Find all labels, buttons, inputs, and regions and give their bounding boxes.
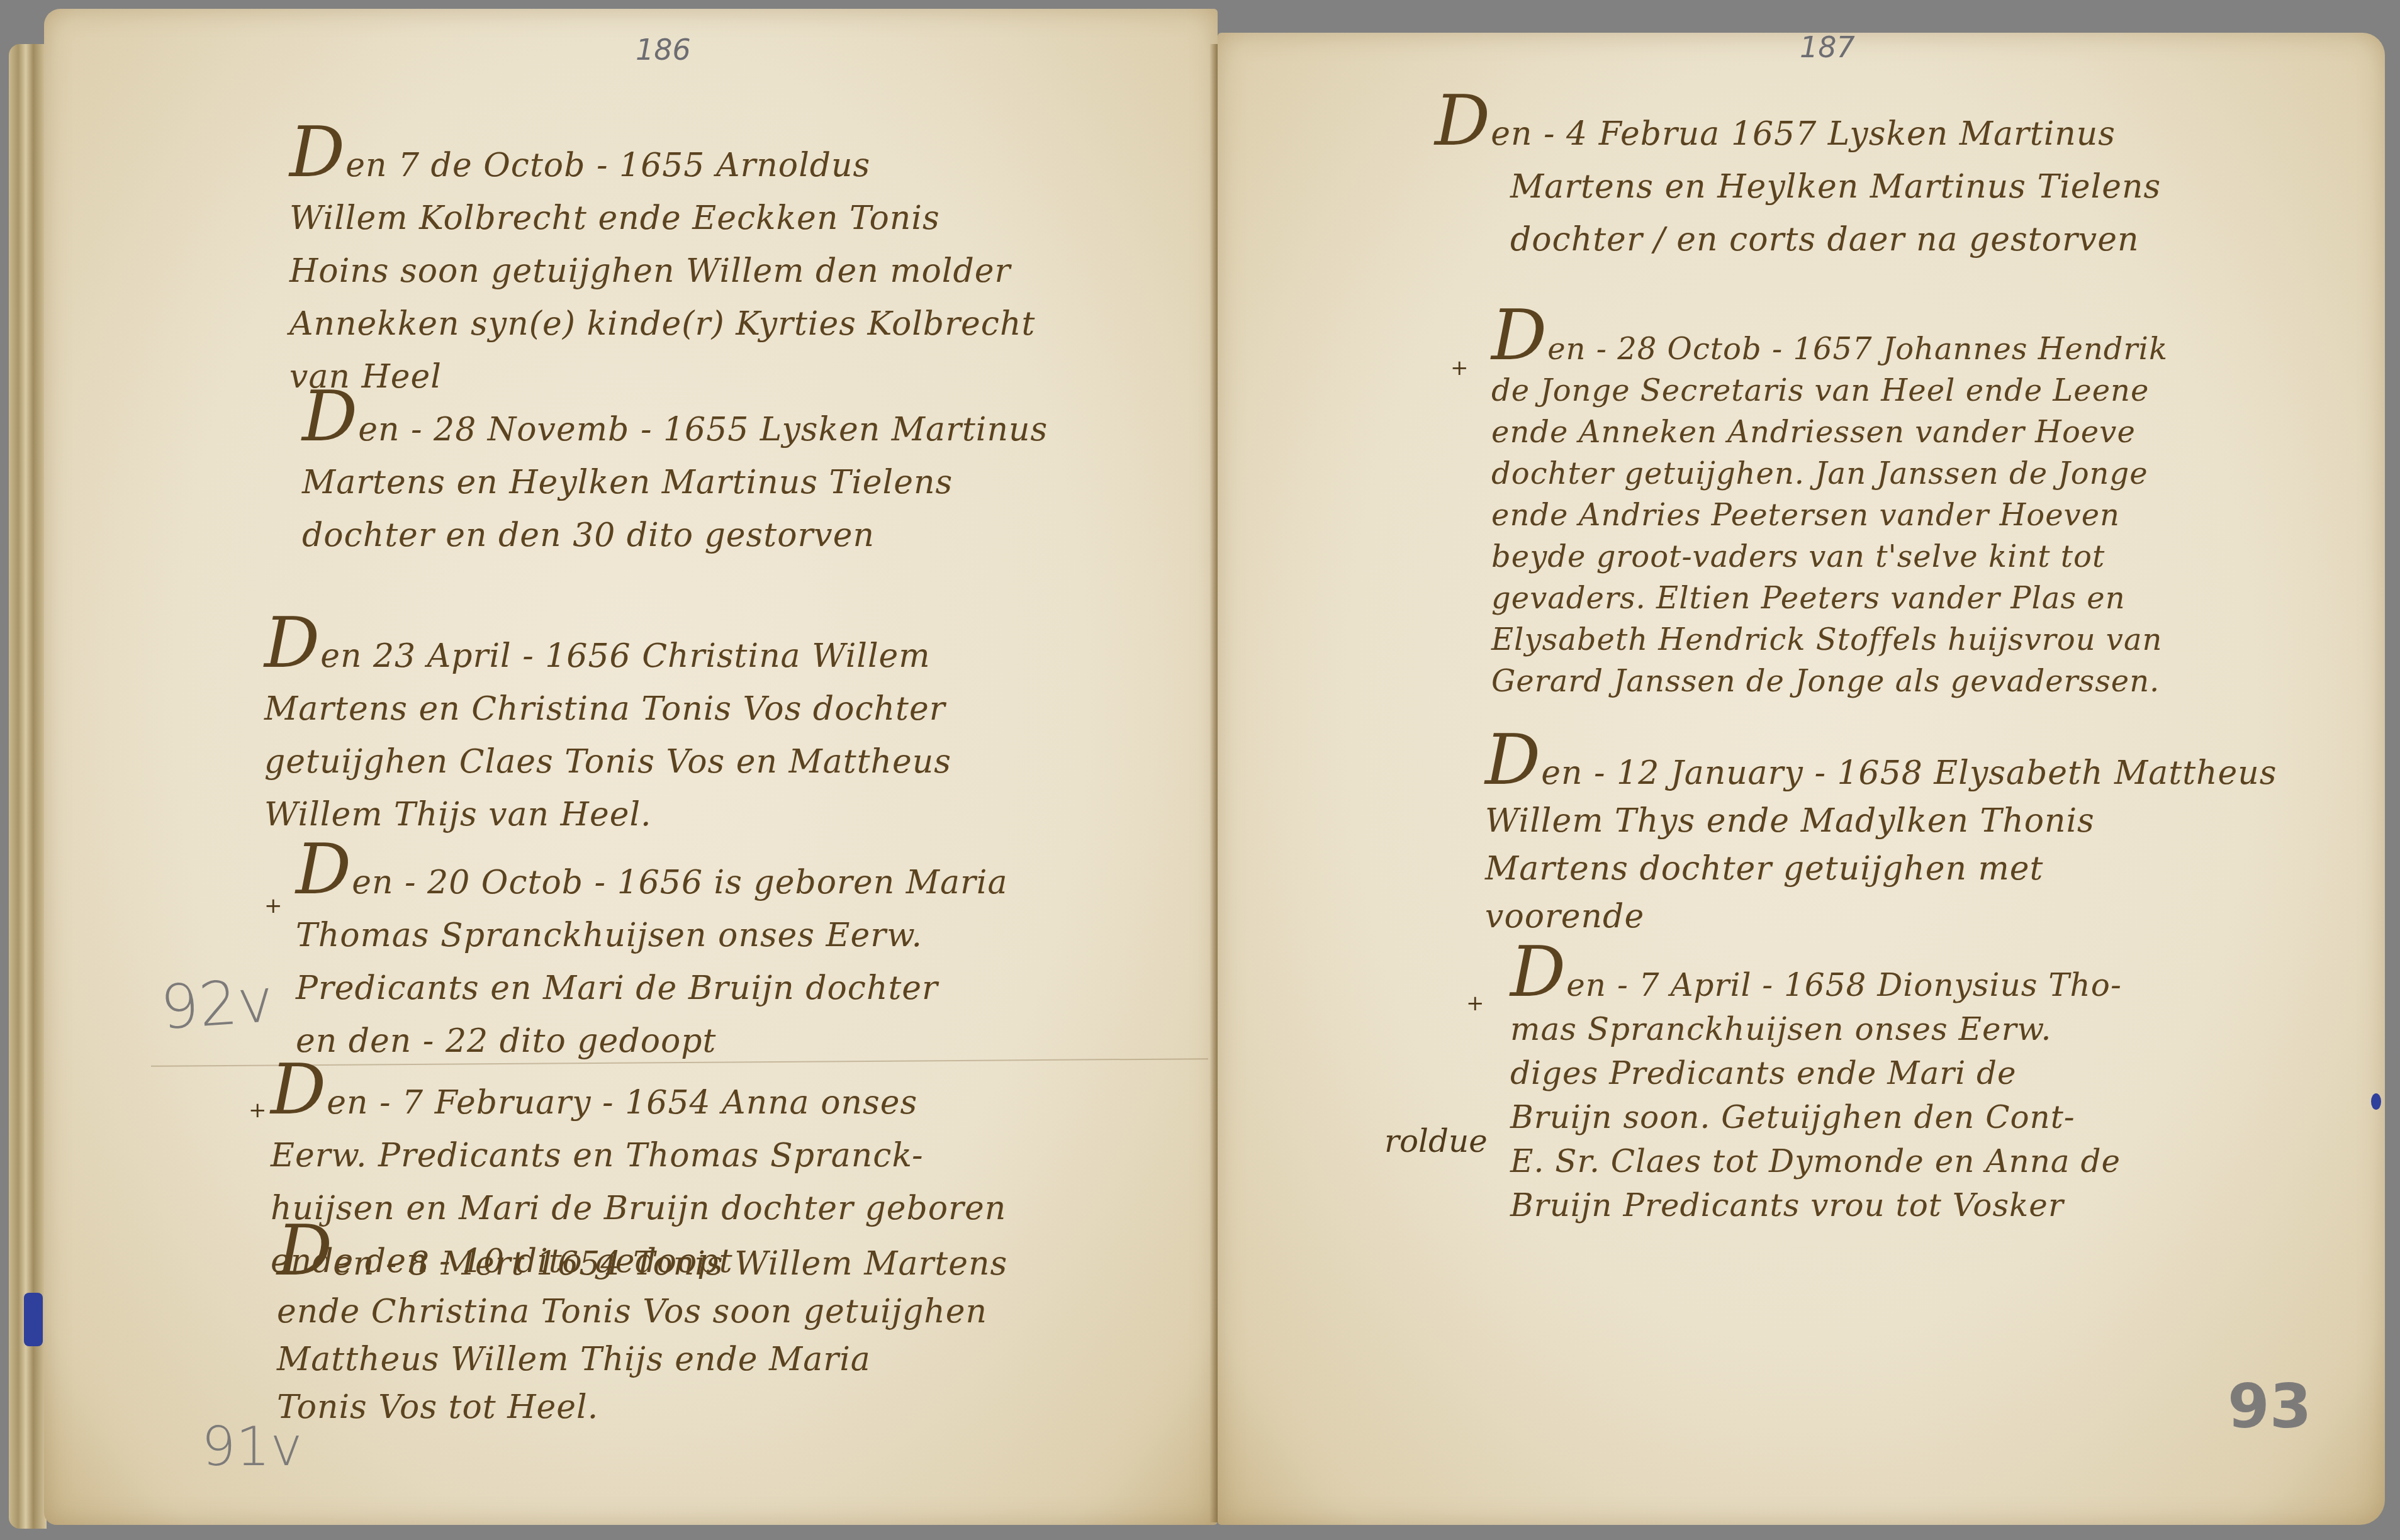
left-entry-2: Den - 28 Novemb - 1655 Lysken Martinus M… <box>302 390 1048 562</box>
entry-line: voorende <box>1485 893 2277 940</box>
margin-cross-mark: + <box>1450 355 1469 381</box>
left-entry-1: Den 7 de Octob - 1655 Arnoldus Willem Ko… <box>289 126 1035 403</box>
entry-line: Martens dochter getuijghen met <box>1485 845 2277 893</box>
entry-line: gevaders. Eltien Peeters vander Plas en <box>1491 577 2168 619</box>
entry-line: dochter / en corts daer na gestorven <box>1435 213 2161 266</box>
entry-line: Den 7 de Octob - 1655 Arnoldus <box>289 126 1035 192</box>
entry-line: Den - 20 Octob - 1656 is geboren Maria <box>296 843 1007 909</box>
left-page-number: 186 <box>636 33 691 67</box>
entry-line: diges Predicants ende Mari de <box>1510 1051 2122 1095</box>
entry-line: Den 23 April - 1656 Christina Willem <box>264 617 951 683</box>
right-entry-3: Den - 12 January - 1658 Elysabeth Matthe… <box>1485 736 2277 940</box>
entry-line: Predicants en Mari de Bruijn dochter <box>296 962 1007 1015</box>
entry-line: Bruijn Predicants vrou tot Vosker <box>1510 1183 2122 1227</box>
margin-cross-mark: + <box>249 1098 267 1123</box>
entry-line: Den - 4 Februa 1657 Lysken Martinus <box>1435 94 2161 160</box>
margin-cross-mark: + <box>264 893 283 918</box>
entry-line: Martens en Heylken Martinus Tielens <box>1435 160 2161 213</box>
entry-line: ende Anneken Andriessen vander Hoeve <box>1491 411 2168 453</box>
right-entry-2: Den - 28 Octob - 1657 Johannes Hendrik d… <box>1491 315 2168 702</box>
blue-marker-dot <box>2371 1093 2381 1110</box>
entry-line: getuijghen Claes Tonis Vos en Mattheus <box>264 735 951 788</box>
entry-line: Den - 12 January - 1658 Elysabeth Matthe… <box>1485 736 2277 797</box>
entry-line: Willem Thijs van Heel. <box>264 788 951 841</box>
left-entry-3: Den 23 April - 1656 Christina Willem Mar… <box>264 617 951 841</box>
entry-line: Eerw. Predicants en Thomas Spranck- <box>271 1129 1006 1182</box>
right-entry-4: Den - 7 April - 1658 Dionysius Tho- mas … <box>1510 950 2122 1227</box>
left-entry-4: Den - 20 Octob - 1656 is geboren Maria T… <box>296 843 1007 1068</box>
entry-line: E. Sr. Claes tot Dymonde en Anna de <box>1510 1139 2122 1183</box>
entry-line: Den - 7 April - 1658 Dionysius Tho- <box>1510 950 2122 1007</box>
right-page-number: 187 <box>1800 30 1855 64</box>
folio-mark-92v: 92v <box>158 965 275 1043</box>
folio-mark-93: 93 <box>2228 1371 2312 1442</box>
entry-line: Bruijn soon. Getuijghen den Cont- <box>1510 1095 2122 1139</box>
entry-line: Elysabeth Hendrick Stoffels huijsvrou va… <box>1491 619 2168 661</box>
margin-note: roldue <box>1384 1123 1488 1159</box>
entry-line: Tonis Vos tot Heel. <box>277 1383 1007 1431</box>
entry-line: de Jonge Secretaris van Heel ende Leene <box>1491 370 2168 411</box>
entry-line: ende Andries Peetersen vander Hoeven <box>1491 494 2168 536</box>
entry-line: Martens en Heylken Martinus Tielens <box>302 456 1048 509</box>
entry-line: ende Christina Tonis Vos soon getuijghen <box>277 1288 1007 1336</box>
entry-line: dochter getuijghen. Jan Janssen de Jonge <box>1491 453 2168 494</box>
entry-line: Gerard Janssen de Jonge als gevaderssen. <box>1491 661 2168 702</box>
entry-line: Willem Thys ende Madylken Thonis <box>1485 797 2277 845</box>
entry-line: Willem Kolbrecht ende Eeckken Tonis <box>289 192 1035 245</box>
manuscript-spread: 186 Den 7 de Octob - 1655 Arnoldus Wille… <box>0 0 2400 1540</box>
entry-line: Den - 28 Novemb - 1655 Lysken Martinus <box>302 390 1048 456</box>
entry-line: beyde groot-vaders van t'selve kint tot <box>1491 536 2168 577</box>
entry-line: Den - 28 Octob - 1657 Johannes Hendrik <box>1491 315 2168 370</box>
entry-line: en den - 22 dito gedoopt <box>296 1015 1007 1068</box>
entry-line: Annekken syn(e) kinde(r) Kyrties Kolbrec… <box>289 298 1035 350</box>
blue-marker-tab <box>24 1293 43 1346</box>
right-entry-1: Den - 4 Februa 1657 Lysken Martinus Mart… <box>1435 94 2161 266</box>
entry-line: Martens en Christina Tonis Vos dochter <box>264 683 951 735</box>
entry-line: dochter en den 30 dito gestorven <box>302 509 1048 562</box>
left-entry-6: Den - 8 Mert 1654 Tonis Willem Martens e… <box>277 1227 1007 1431</box>
entry-line: Thomas Spranckhuijsen onses Eerw. <box>296 909 1007 962</box>
entry-line: Den - 7 February - 1654 Anna onses <box>271 1063 1006 1129</box>
entry-line: Hoins soon getuijghen Willem den molder <box>289 245 1035 298</box>
folio-mark-91v: 91v <box>201 1415 302 1478</box>
margin-cross-mark: + <box>1466 991 1484 1016</box>
entry-line: mas Spranckhuijsen onses Eerw. <box>1510 1007 2122 1051</box>
entry-line: Den - 8 Mert 1654 Tonis Willem Martens <box>277 1227 1007 1288</box>
entry-line: Mattheus Willem Thijs ende Maria <box>277 1336 1007 1383</box>
